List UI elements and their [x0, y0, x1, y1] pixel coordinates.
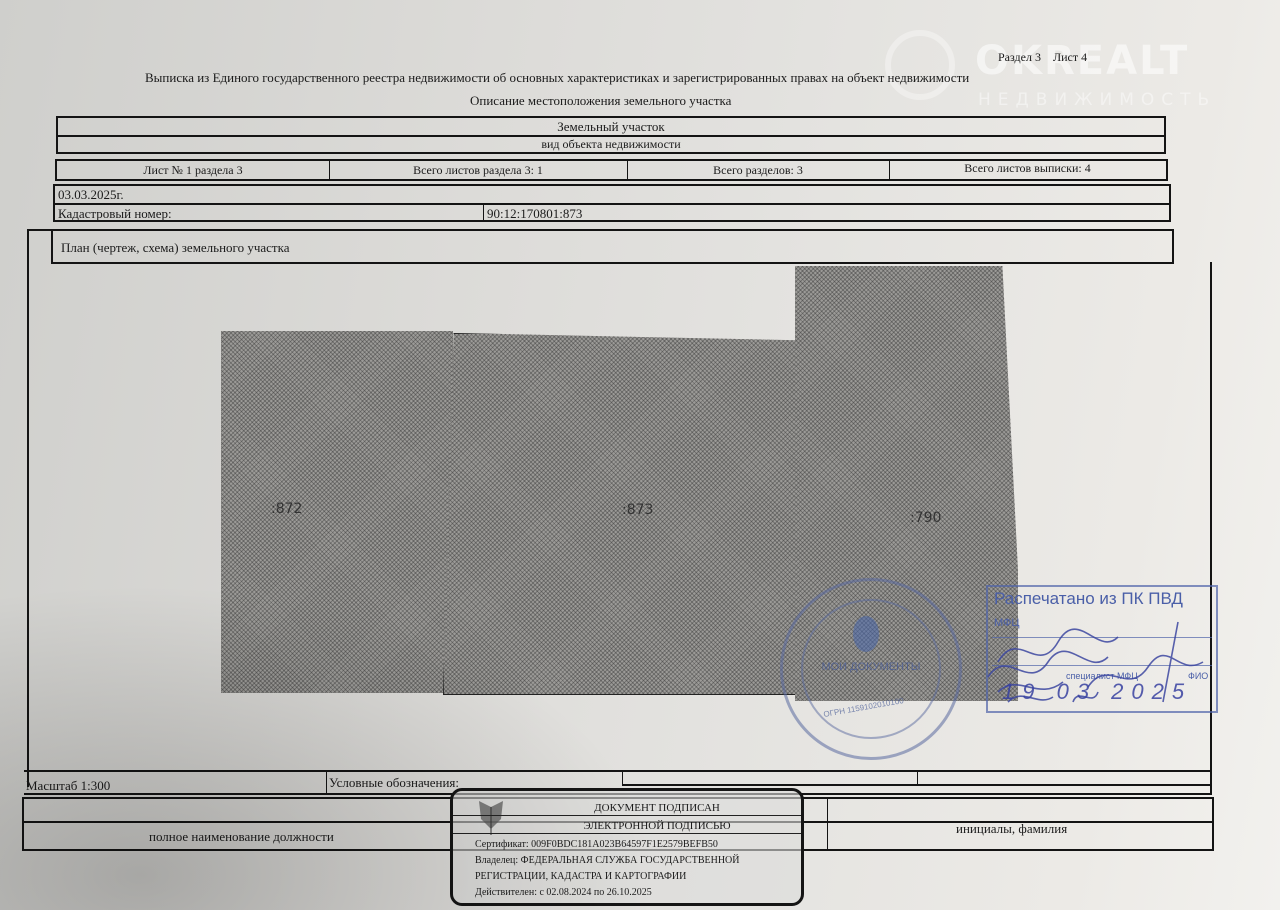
parcel-872: :872 — [221, 331, 453, 693]
date-cadastral-table: 03.03.2025г. Кадастровый номер: 90:12:17… — [53, 184, 1171, 222]
watermark-tagline: НЕДВИЖИМОСТЬ — [978, 90, 1216, 110]
cadastral-number: 90:12:170801:873 — [487, 206, 582, 222]
parcel-872-label: :872 — [271, 501, 302, 517]
position-caption: полное наименование должности — [149, 829, 334, 845]
plan-left-border — [51, 229, 53, 264]
parcel-873[interactable]: :873 — [443, 333, 797, 695]
coat-of-arms-icon — [475, 797, 507, 835]
seal-emblem-icon — [853, 616, 879, 652]
section-sheet-label: Раздел 3 Лист 4 — [998, 50, 1087, 65]
total-sheets-section: Всего листов раздела 3: 1 — [329, 163, 627, 178]
object-type-table: Земельный участок вид объекта недвижимос… — [56, 116, 1166, 154]
signature-line-1: ДОКУМЕНТ ПОДПИСАН — [513, 802, 801, 814]
object-type-value: Земельный участок — [58, 119, 1164, 135]
document-subtitle: Описание местоположения земельного участ… — [470, 93, 731, 109]
sheet-number: Лист № 1 раздела 3 — [57, 163, 329, 178]
signature-owner-2: РЕГИСТРАЦИИ, КАДАСТРА И КАРТОГРАФИИ — [475, 871, 686, 882]
seal-title: МОИ ДОКУМЕНТЫ — [821, 661, 921, 673]
electronic-signature-block: ДОКУМЕНТ ПОДПИСАН ЭЛЕКТРОННОЙ ПОДПИСЬЮ С… — [450, 788, 804, 906]
watermark-logo-icon — [885, 30, 955, 100]
signature-owner-1: Владелец: ФЕДЕРАЛЬНАЯ СЛУЖБА ГОСУДАРСТВЕ… — [475, 855, 740, 866]
total-sections: Всего разделов: 3 — [627, 163, 889, 178]
scale-label: Масштаб 1:300 — [26, 778, 110, 794]
cadastral-label: Кадастровый номер: — [58, 206, 172, 222]
handwritten-date: 19 03 2025 — [1002, 679, 1192, 705]
object-type-caption: вид объекта недвижимости — [58, 137, 1164, 152]
plan-title: План (чертеж, схема) земельного участка — [61, 240, 289, 256]
signature-validity: Действителен: с 02.08.2024 по 26.10.2025 — [475, 887, 652, 898]
parcel-873-label: :873 — [622, 502, 653, 518]
legend-label: Условные обозначения: — [329, 775, 459, 791]
signature-certificate: Сертификат: 009F0BDC181A023B64597F1E2579… — [475, 839, 718, 850]
name-caption: инициалы, фамилия — [956, 821, 1067, 837]
extract-date: 03.03.2025г. — [58, 187, 124, 203]
signature-line-2: ЭЛЕКТРОННОЙ ПОДПИСЬЮ — [513, 820, 801, 832]
total-sheets-extract: Всего листов выписки: 4 — [889, 161, 1166, 176]
printed-stamp: Распечатано из ПК ПВД МФЦ специалист МФЦ… — [986, 585, 1218, 713]
parcel-790-label: :790 — [910, 510, 941, 526]
plan-title-box: План (чертеж, схема) земельного участка — [51, 229, 1174, 264]
sheet-info-table: Лист № 1 раздела 3 Всего листов раздела … — [55, 159, 1168, 181]
printed-stamp-title: Распечатано из ПК ПВД — [994, 589, 1183, 609]
document-title: Выписка из Единого государственного реес… — [145, 70, 969, 86]
round-seal: МОИ ДОКУМЕНТЫ ОГРН 1159102010100 — [780, 578, 962, 760]
